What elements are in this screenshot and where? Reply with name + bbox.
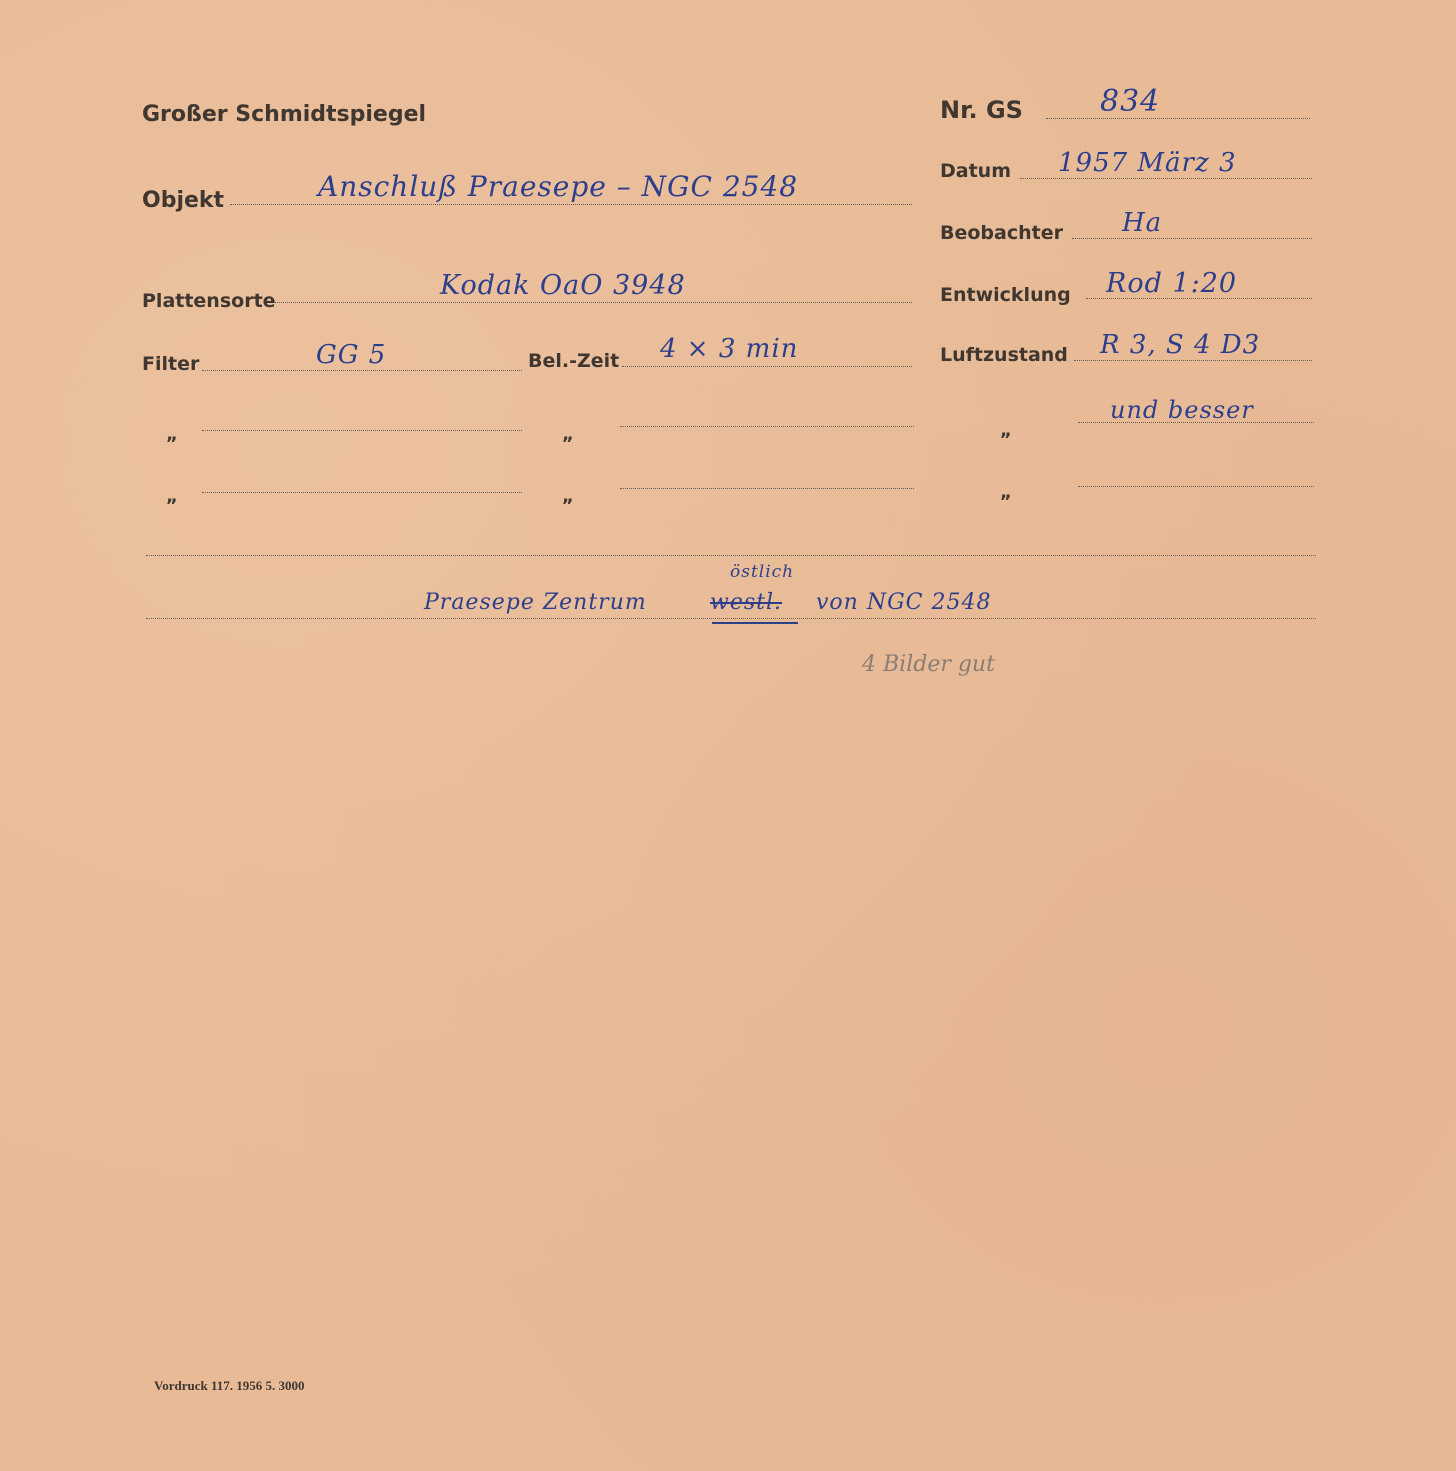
- insert-underline: [712, 622, 798, 624]
- entwicklung-label: Entwicklung: [940, 284, 1071, 306]
- ditto-mark: „: [562, 486, 574, 507]
- luftzustand-value[interactable]: R 3, S 4 D3: [1100, 330, 1260, 360]
- luftzustand-label: Luftzustand: [940, 344, 1068, 366]
- objekt-label: Objekt: [142, 188, 224, 213]
- ditto-mark: „: [562, 424, 574, 445]
- plattensorte-label: Plattensorte: [142, 290, 276, 312]
- filter-extra-line-2[interactable]: [202, 492, 522, 493]
- ditto-mark: „: [1000, 482, 1012, 503]
- notes-text-after[interactable]: von NGC 2548: [816, 590, 991, 615]
- filter-extra-line-1[interactable]: [202, 430, 522, 431]
- nr-gs-value[interactable]: 834: [1100, 84, 1160, 119]
- datum-line: [1020, 178, 1312, 179]
- bel-zeit-extra-line-1[interactable]: [620, 426, 914, 427]
- luftzustand-line: [1074, 360, 1312, 361]
- entwicklung-value[interactable]: Rod 1:20: [1106, 268, 1237, 299]
- notes-struck-word: westl.: [710, 590, 782, 615]
- notes-inserted-word: östlich: [730, 562, 794, 582]
- ditto-mark: „: [166, 486, 178, 507]
- datum-value[interactable]: 1957 März 3: [1058, 148, 1237, 178]
- bel-zeit-extra-line-2[interactable]: [620, 488, 914, 489]
- datum-label: Datum: [940, 160, 1011, 182]
- luftzustand-extra-line-2[interactable]: [1078, 486, 1314, 487]
- objekt-line: [230, 204, 912, 205]
- beobachter-value[interactable]: Ha: [1122, 208, 1162, 238]
- ditto-mark: „: [166, 424, 178, 445]
- luftzustand-extra-value[interactable]: und besser: [1110, 396, 1254, 424]
- plattensorte-line: [274, 302, 912, 303]
- filter-value[interactable]: GG 5: [316, 340, 386, 370]
- notes-line-2: [146, 618, 1316, 619]
- pencil-note[interactable]: 4 Bilder gut: [862, 652, 995, 677]
- nr-gs-label: Nr. GS: [940, 96, 1023, 124]
- bel-zeit-label: Bel.-Zeit: [528, 350, 619, 372]
- filter-line: [202, 370, 522, 371]
- notes-text-before[interactable]: Praesepe Zentrum: [424, 590, 647, 615]
- plattensorte-value[interactable]: Kodak OaO 3948: [440, 270, 686, 301]
- ditto-mark: „: [1000, 420, 1012, 441]
- form-footer: Vordruck 117. 1956 5. 3000: [154, 1378, 304, 1394]
- nr-gs-line: [1046, 118, 1310, 119]
- bel-zeit-value[interactable]: 4 × 3 min: [660, 334, 798, 364]
- bel-zeit-line: [622, 366, 912, 367]
- filter-label: Filter: [142, 353, 199, 375]
- form-title: Großer Schmidtspiegel: [142, 102, 426, 127]
- beobachter-line: [1072, 238, 1312, 239]
- beobachter-label: Beobachter: [940, 222, 1063, 244]
- objekt-value[interactable]: Anschluß Praesepe – NGC 2548: [318, 170, 798, 203]
- notes-line-1: [146, 555, 1316, 556]
